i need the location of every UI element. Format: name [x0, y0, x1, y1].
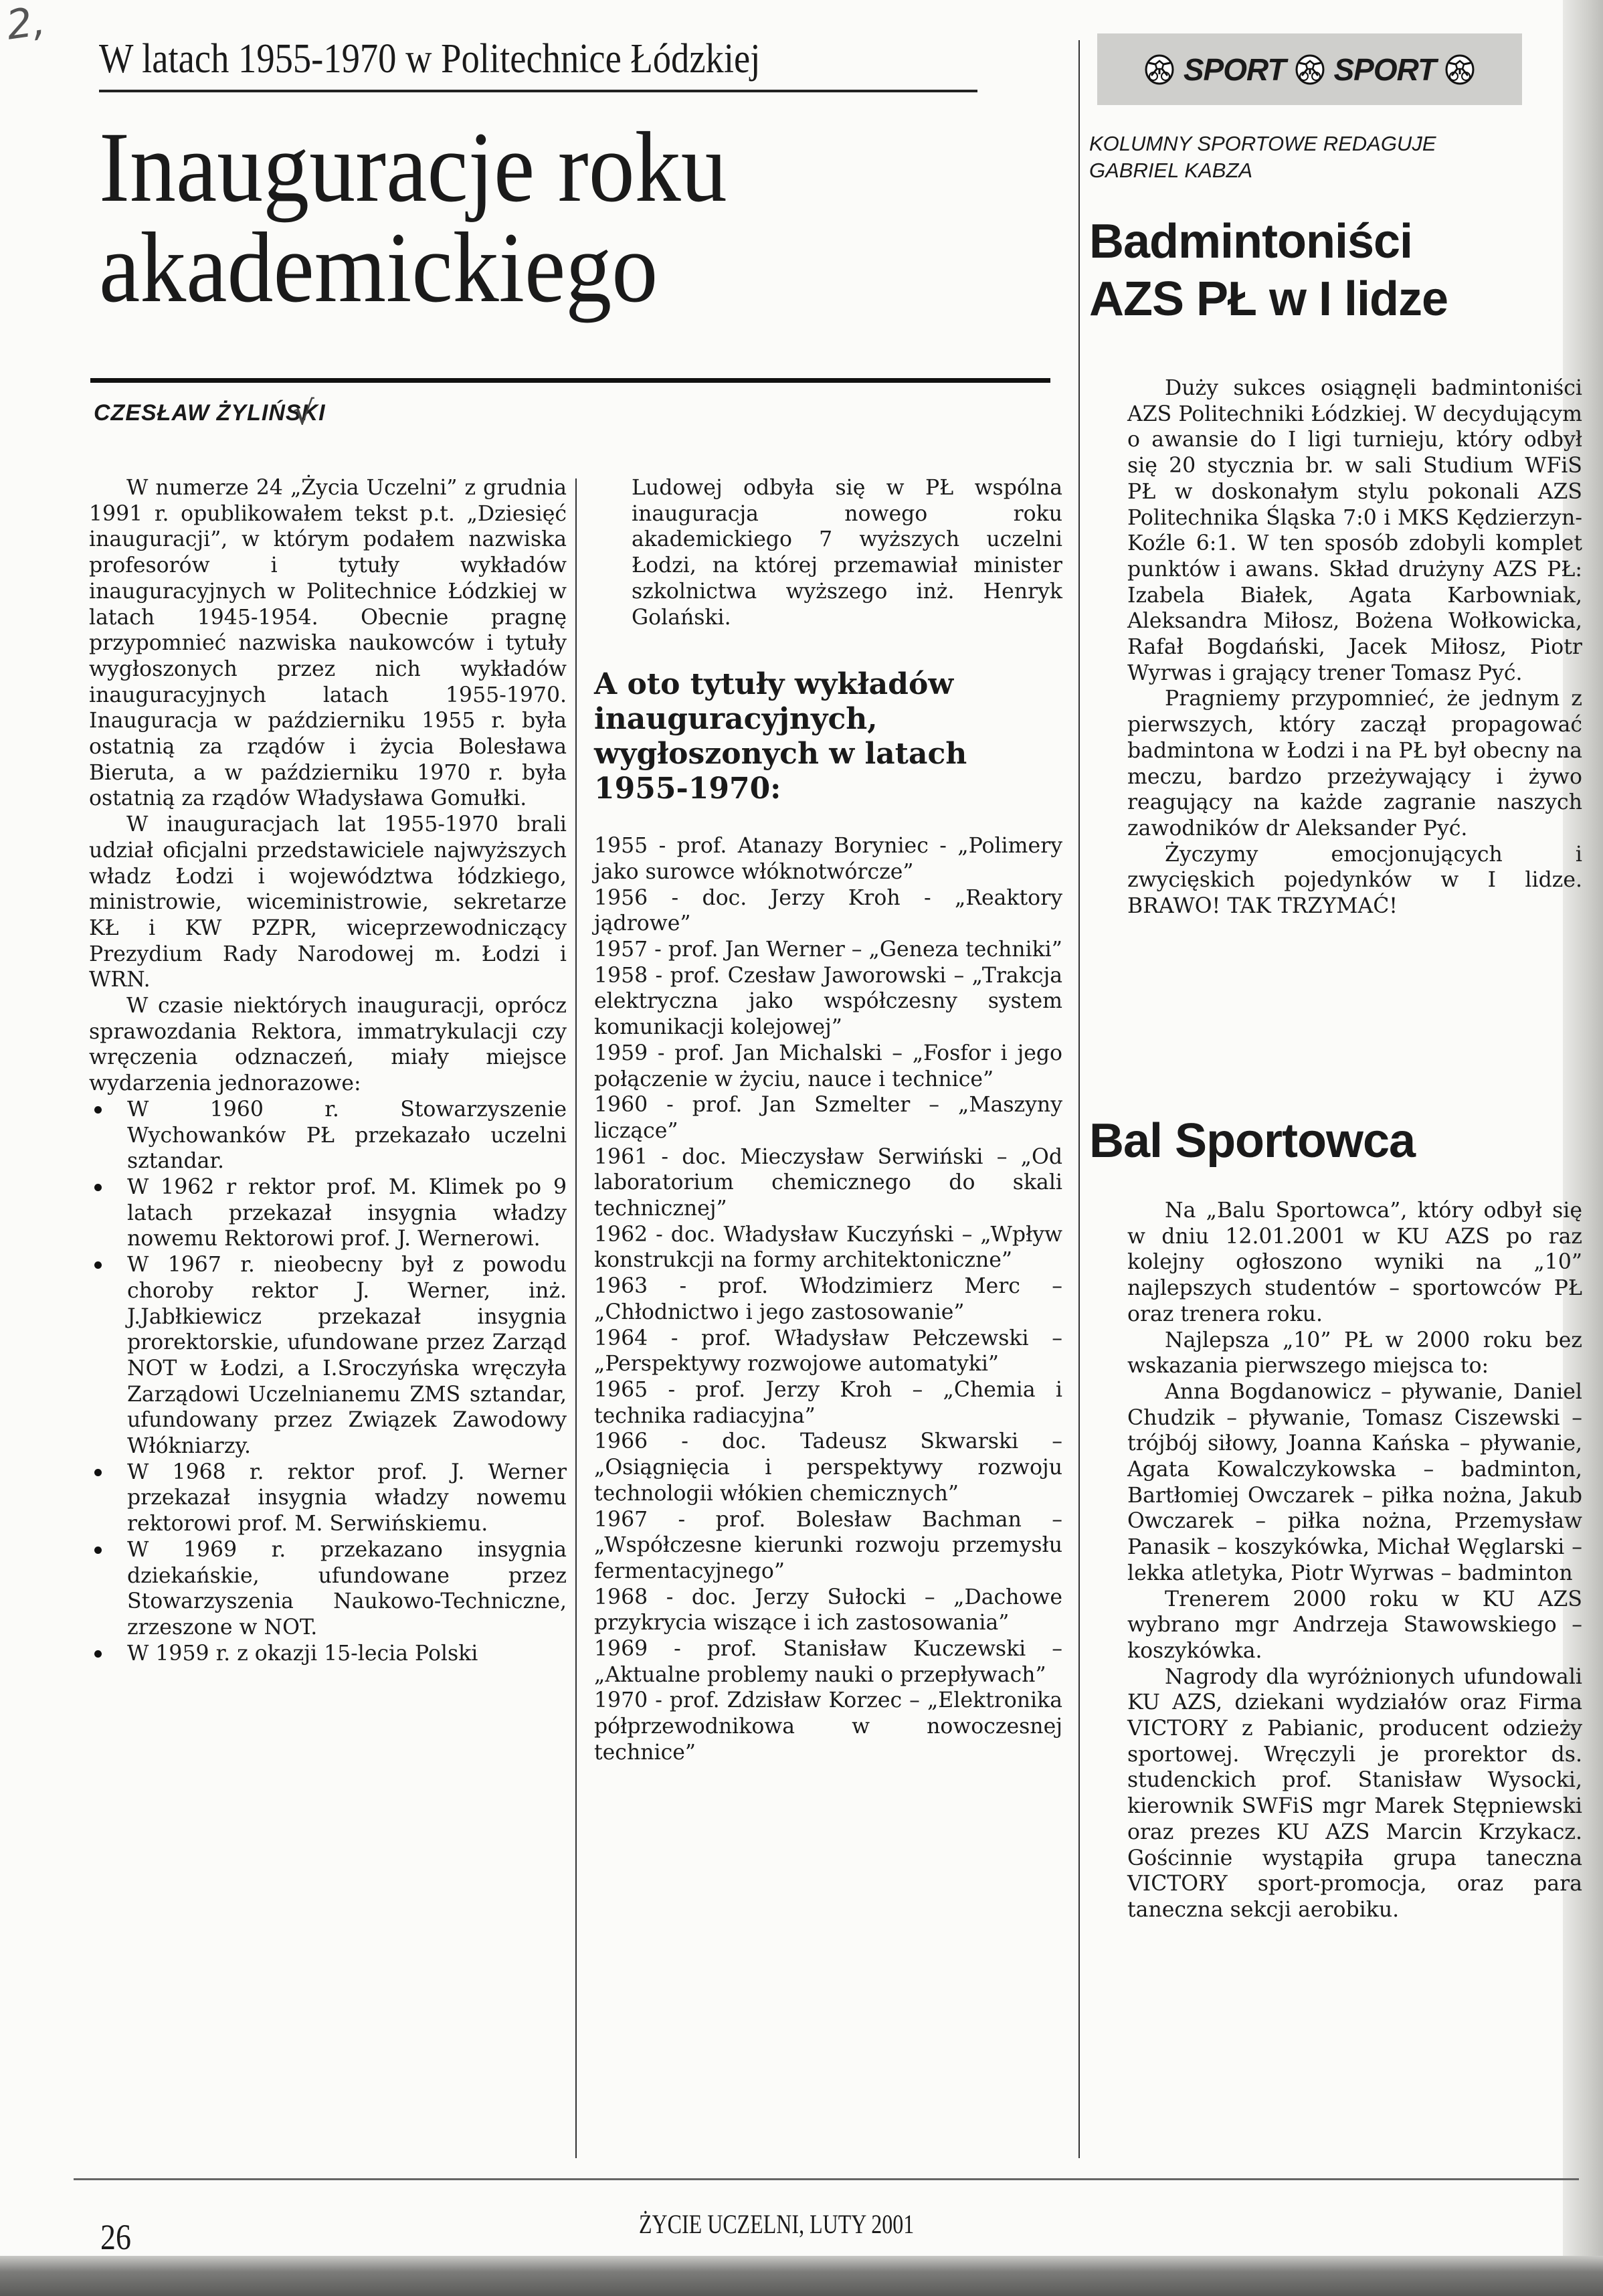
article-title: Inauguracje roku akademickiego: [99, 117, 727, 318]
lectures-list: 1955 - prof. Atanazy Boryniec - „Polimer…: [594, 833, 1062, 1765]
lecture-entry: 1957 - prof. Jan Werner – „Geneza techni…: [594, 937, 1062, 963]
sport-banner-word: SPORT: [1184, 52, 1286, 88]
badminton-paragraph: Pragniemy przypomnieć, że jednym z pierw…: [1127, 686, 1582, 841]
ball-paragraph: Nagrody dla wyróżnionych ufundowali KU A…: [1127, 1664, 1582, 1923]
article-column-1: W numerze 24 „Życia Uczelni” z grudnia 1…: [89, 475, 567, 1666]
lectures-heading: A oto tytuły wykładów inauguracyjnych, w…: [594, 667, 1062, 806]
intro-paragraph: W numerze 24 „Życia Uczelni” z grudnia 1…: [89, 475, 567, 812]
article-byline: CZESŁAW ŻYLIŃSKI: [94, 400, 326, 426]
ball-paragraph: Najlepsza „10” PŁ w 2000 roku bez wskaza…: [1127, 1328, 1582, 1379]
article-column-2: Ludowej odbyła się w PŁ wspólna inaugura…: [594, 475, 1062, 1766]
column-divider: [1078, 40, 1080, 2158]
ball-headline: Bal Sportowca: [1089, 1112, 1415, 1170]
intro-paragraph: W inauguracjach lat 1955-1970 brali udzi…: [89, 812, 567, 993]
title-rule: [90, 378, 1050, 383]
ball-paragraph: Na „Balu Sportowca”, który odbył się w d…: [1127, 1198, 1582, 1328]
sport-editor-credit: KOLUMNY SPORTOWE REDAGUJE GABRIEL KABZA: [1089, 130, 1531, 184]
editor-line-1: KOLUMNY SPORTOWE REDAGUJE: [1089, 130, 1531, 157]
lecture-entry: 1961 - doc. Mieczysław Serwiński – „Od l…: [594, 1144, 1062, 1222]
lecture-entry: 1955 - prof. Atanazy Boryniec - „Polimer…: [594, 833, 1062, 885]
lecture-entry: 1958 - prof. Czesław Jaworowski – „Trakc…: [594, 963, 1062, 1041]
ball-paragraph: Trenerem 2000 roku w KU AZS wybrano mgr …: [1127, 1587, 1582, 1664]
page-number: 26: [100, 2216, 131, 2258]
continuation-paragraph: Ludowej odbyła się w PŁ wspólna inaugura…: [594, 475, 1062, 630]
lecture-entry: 1968 - doc. Jerzy Sułocki – „Dachowe prz…: [594, 1585, 1062, 1636]
sport-banner-word: SPORT: [1334, 52, 1436, 88]
badminton-paragraph: Życzymy emocjonujących i zwycięskich poj…: [1127, 842, 1582, 919]
event-item: W 1962 r rektor prof. M. Klimek po 9 lat…: [89, 1174, 567, 1252]
lecture-entry: 1965 - prof. Jerzy Kroh – „Chemia i tech…: [594, 1377, 1062, 1429]
lecture-entry: 1970 - prof. Zdzisław Korzec – „Elektron…: [594, 1688, 1062, 1765]
intro-paragraph: W czasie niektórych inauguracji, oprócz …: [89, 993, 567, 1097]
soccer-ball-icon: [1445, 54, 1475, 85]
events-list: W 1960 r. Stowarzyszenie Wychowanków PŁ …: [89, 1097, 567, 1666]
column-divider: [575, 478, 577, 2158]
page-scan-edge-bottom: [0, 2256, 1603, 2296]
publication-footer: ŻYCIE UCZELNI, LUTY 2001: [639, 2208, 914, 2240]
lecture-entry: 1964 - prof. Władysław Pełczewski – „Per…: [594, 1326, 1062, 1377]
kicker-underline: [99, 90, 977, 92]
article-title-line-1: Inauguracje roku: [99, 117, 727, 217]
event-item: W 1959 r. z okazji 15-lecia Polski: [89, 1641, 567, 1667]
lecture-entry: 1967 - prof. Bolesław Bachman – „Współcz…: [594, 1507, 1062, 1585]
badminton-headline-line-2: AZS PŁ w I lidze: [1089, 270, 1448, 328]
sport-banner: SPORT SPORT: [1097, 33, 1522, 105]
event-item: W 1969 r. przekazano insygnia dziekański…: [89, 1537, 567, 1641]
badminton-headline: Badmintoniści AZS PŁ w I lidze: [1089, 213, 1448, 328]
lecture-entry: 1966 - doc. Tadeusz Skwarski – „Osiągnię…: [594, 1429, 1062, 1506]
event-item: W 1960 r. Stowarzyszenie Wychowanków PŁ …: [89, 1097, 567, 1174]
lecture-entry: 1963 - prof. Włodzimierz Merc – „Chłodni…: [594, 1273, 1062, 1325]
ball-article: Na „Balu Sportowca”, który odbył się w d…: [1127, 1198, 1582, 1923]
soccer-ball-icon: [1145, 54, 1174, 85]
badminton-paragraph: Duży sukces osiągnęli badmintoniści AZS …: [1127, 375, 1582, 686]
editor-line-2: GABRIEL KABZA: [1089, 157, 1531, 184]
badminton-headline-line-1: Badmintoniści: [1089, 213, 1448, 270]
page-scan-edge-right: [1563, 0, 1603, 2296]
event-item: W 1967 r. nieobecny był z powodu choroby…: [89, 1252, 567, 1460]
article-kicker: W latach 1955-1970 w Politechnice Łódzki…: [99, 35, 947, 83]
lecture-entry: 1969 - prof. Stanisław Kuczewski – „Aktu…: [594, 1636, 1062, 1688]
footer-rule: [74, 2178, 1579, 2180]
lecture-entry: 1962 - doc. Władysław Kuczyński – „Wpływ…: [594, 1222, 1062, 1273]
article-title-line-2: akademickiego: [99, 217, 727, 318]
ball-paragraph: Anna Bogdanowicz – pływanie, Daniel Chud…: [1127, 1379, 1582, 1587]
check-mark-icon: √: [293, 393, 314, 432]
lecture-entry: 1956 - doc. Jerzy Kroh - „Reaktory jądro…: [594, 885, 1062, 937]
ball-headline-wrap: Bal Sportowca: [1089, 1112, 1415, 1170]
event-item: W 1968 r. rektor prof. J. Werner przekaz…: [89, 1460, 567, 1537]
lecture-entry: 1960 - prof. Jan Szmelter – „Maszyny lic…: [594, 1092, 1062, 1144]
badminton-article: Duży sukces osiągnęli badmintoniści AZS …: [1127, 375, 1582, 919]
handwritten-note: 2,: [3, 0, 48, 50]
soccer-ball-icon: [1295, 54, 1325, 85]
lecture-entry: 1959 - prof. Jan Michalski – „Fosfor i j…: [594, 1041, 1062, 1092]
